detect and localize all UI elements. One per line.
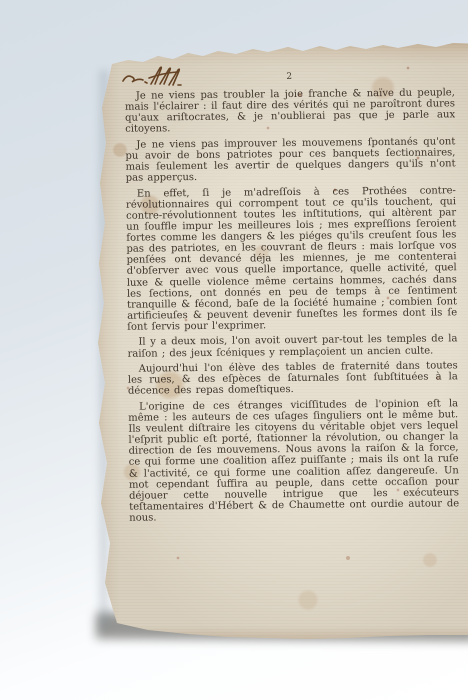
paper-sheet: 2 Je ne viens pas troubler la joie franc… (88, 38, 468, 642)
paragraph-5: Aujourd'hui l'on élève des tables de fra… (128, 360, 458, 397)
paragraph-3: En effet, ſi je m'adreſſois à ces Prothé… (126, 185, 457, 333)
printed-text-block: 2 Je ne viens pas troubler la joie franc… (125, 70, 460, 528)
paragraph-1: Je ne viens pas troubler la joie franche… (125, 87, 455, 135)
paragraph-6: L'origine de ces étranges viciſſitudes d… (128, 398, 459, 523)
body-text: Je ne viens pas troubler la joie franche… (125, 87, 460, 523)
page-number: 2 (125, 70, 455, 83)
paragraph-2: Je ne viens pas improuver les mouvemens … (125, 136, 455, 184)
paragraph-4: Il y a deux mois, l'on avoit ouvert par-… (127, 334, 457, 360)
document-photo: 2 Je ne viens pas troubler la joie franc… (0, 0, 468, 700)
